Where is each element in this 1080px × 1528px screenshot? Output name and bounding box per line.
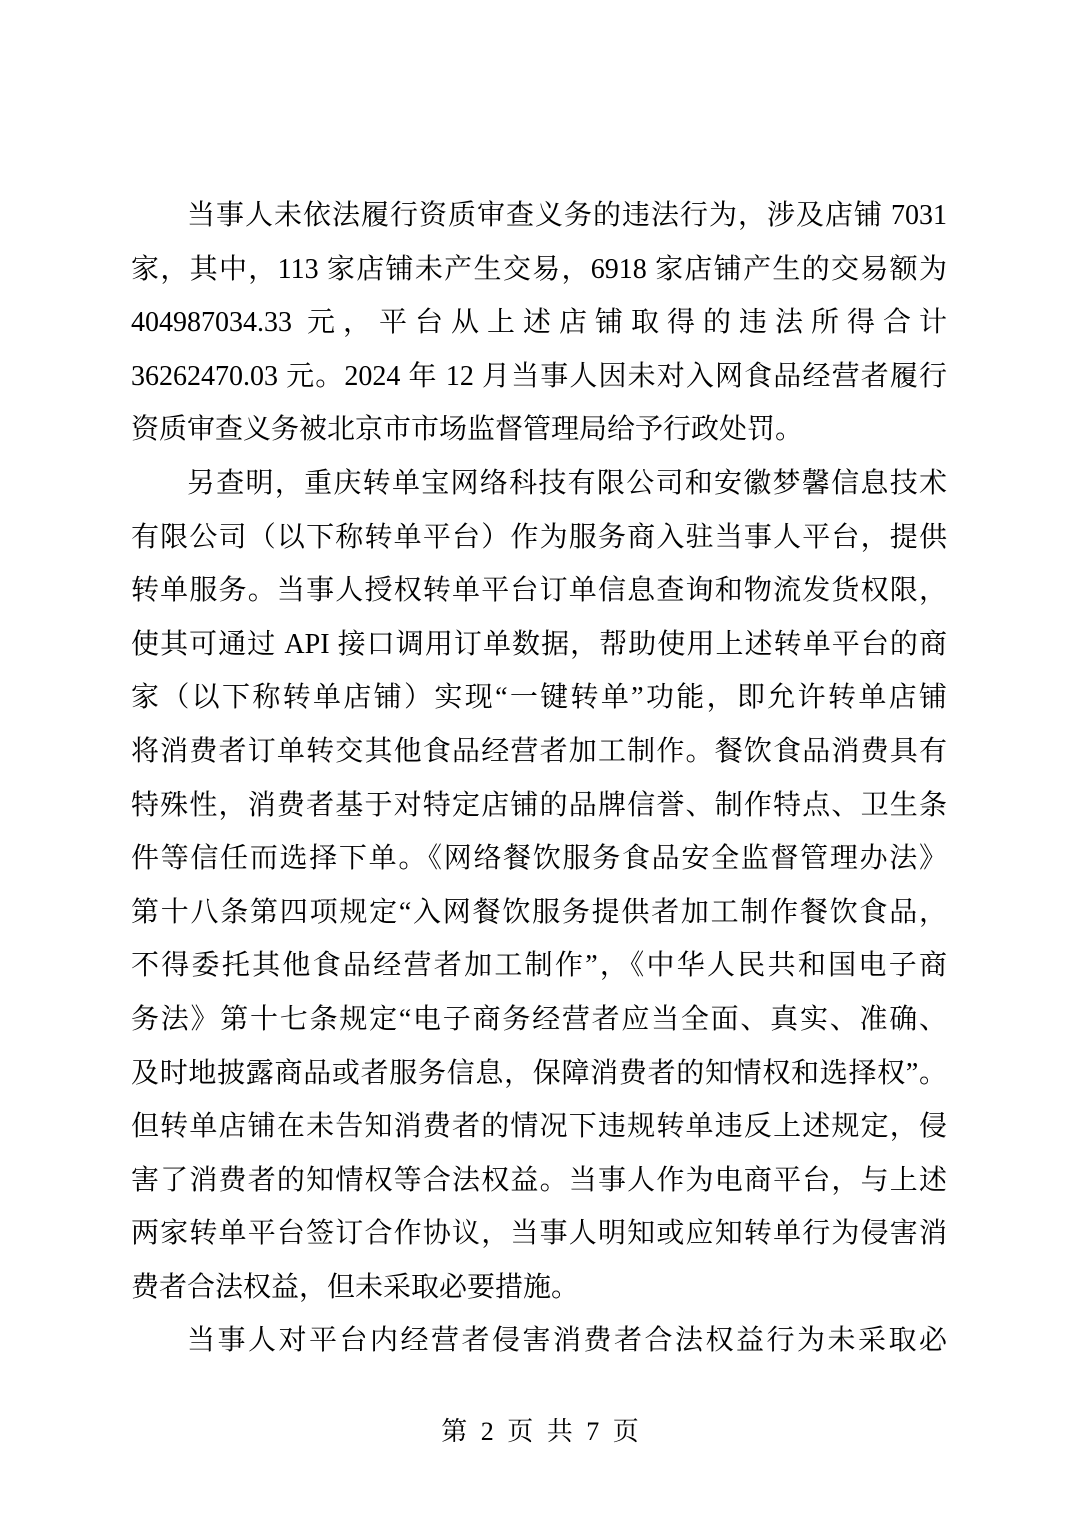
text-line: 另查明，重庆转单宝网络科技有限公司和安徽梦馨信息技术 xyxy=(131,457,947,511)
page-footer: 第 2 页 共 7 页 xyxy=(0,1414,1080,1450)
text-line: 当事人对平台内经营者侵害消费者合法权益行为未采取必 xyxy=(131,1314,947,1368)
paragraph-order-transfer-findings: 另查明，重庆转单宝网络科技有限公司和安徽梦馨信息技术 有限公司（以下称转单平台）… xyxy=(131,457,947,1315)
text-line: 第十八条第四项规定“入网餐饮服务提供者加工制作餐饮食品， xyxy=(131,886,947,940)
text-line: 有限公司（以下称转单平台）作为服务商入驻当事人平台，提供 xyxy=(131,511,947,565)
text-line: 404987034.33 元，平台从上述店铺取得的违法所得合计 xyxy=(131,296,947,350)
text-line: 两家转单平台签订合作协议，当事人明知或应知转单行为侵害消 xyxy=(131,1207,947,1261)
text-line: 但转单店铺在未告知消费者的情况下违规转单违反上述规定，侵 xyxy=(131,1100,947,1154)
text-line: 将消费者订单转交其他食品经营者加工制作。餐饮食品消费具有 xyxy=(131,725,947,779)
paragraph-qualification-violation: 当事人未依法履行资质审查义务的违法行为，涉及店铺 7031 家，其中，113 家… xyxy=(131,189,947,457)
text-line: 害了消费者的知情权等合法权益。当事人作为电商平台，与上述 xyxy=(131,1154,947,1208)
text-line: 件等信任而选择下单。《网络餐饮服务食品安全监督管理办法》 xyxy=(131,832,947,886)
text-line: 转单服务。当事人授权转单平台订单信息查询和物流发货权限， xyxy=(131,564,947,618)
text-line: 费者合法权益，但未采取必要措施。 xyxy=(131,1261,947,1315)
text-line: 资质审查义务被北京市市场监督管理局给予行政处罚。 xyxy=(131,403,947,457)
text-line: 36262470.03 元。2024 年 12 月当事人因未对入网食品经营者履行 xyxy=(131,350,947,404)
text-line: 务法》第十七条规定“电子商务经营者应当全面、真实、准确、 xyxy=(131,993,947,1047)
text-line: 特殊性，消费者基于对特定店铺的品牌信誉、制作特点、卫生条 xyxy=(131,779,947,833)
text-line: 不得委托其他食品经营者加工制作”，《中华人民共和国电子商 xyxy=(131,939,947,993)
paragraph-no-necessary-measures: 当事人对平台内经营者侵害消费者合法权益行为未采取必 xyxy=(131,1314,947,1368)
document-page: 当事人未依法履行资质审查义务的违法行为，涉及店铺 7031 家，其中，113 家… xyxy=(0,0,1080,1528)
text-line: 家，其中，113 家店铺未产生交易，6918 家店铺产生的交易额为 xyxy=(131,243,947,297)
document-body: 当事人未依法履行资质审查义务的违法行为，涉及店铺 7031 家，其中，113 家… xyxy=(131,189,947,1368)
text-line: 使其可通过 API 接口调用订单数据，帮助使用上述转单平台的商 xyxy=(131,618,947,672)
text-line: 及时地披露商品或者服务信息，保障消费者的知情权和选择权”。 xyxy=(131,1047,947,1101)
page-number-text: 第 2 页 共 7 页 xyxy=(441,1417,639,1446)
text-line: 当事人未依法履行资质审查义务的违法行为，涉及店铺 7031 xyxy=(131,189,947,243)
text-line: 家（以下称转单店铺）实现“一键转单”功能，即允许转单店铺 xyxy=(131,671,947,725)
